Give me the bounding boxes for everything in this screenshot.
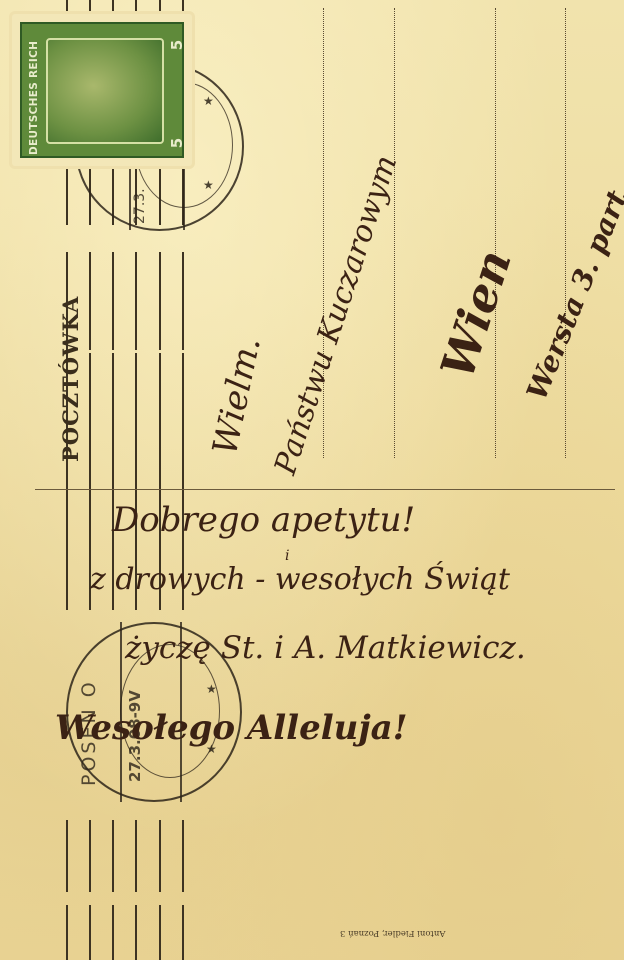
stamp-germania-illustration xyxy=(46,38,164,144)
address-guide-line xyxy=(565,8,566,458)
cancel-line xyxy=(112,353,114,445)
cancel-line xyxy=(159,353,161,445)
cancel-line xyxy=(182,820,184,892)
cancel-line xyxy=(89,353,91,445)
postcard: POCZTÓWKA ★ ★ 27.3. DEUTSCHES REICH 5 5 … xyxy=(0,0,624,960)
address-recipient: Państwu Kuczarowym xyxy=(268,151,404,479)
message-divider xyxy=(35,489,615,490)
stamp-country: DEUTSCHES REICH xyxy=(28,41,40,155)
cancel-line xyxy=(159,905,161,960)
message-line: Dobrego apetytu! xyxy=(112,500,415,540)
cancel-line xyxy=(112,820,114,892)
cancel-line xyxy=(135,820,137,892)
cancel-line xyxy=(66,905,68,960)
star-icon: ★ xyxy=(203,178,214,192)
address-guide-line xyxy=(495,8,496,458)
cancel-line xyxy=(89,440,91,520)
address-guide-line xyxy=(394,8,395,458)
cancel-line xyxy=(112,252,114,350)
cancel-line xyxy=(135,252,137,350)
star-icon: ★ xyxy=(206,682,217,696)
postcard-title: POCZTÓWKA xyxy=(58,296,83,462)
cancel-line xyxy=(159,820,161,892)
stamp-value: 5 xyxy=(168,138,186,148)
publisher-imprint: Antoni Fiedler, Poznań 3 xyxy=(340,928,446,938)
cancel-line xyxy=(159,252,161,350)
cancel-line xyxy=(112,905,114,960)
address-street: Wersta 3. part xyxy=(520,186,624,405)
postage-stamp: DEUTSCHES REICH 5 5 xyxy=(12,14,192,166)
cancel-line xyxy=(182,353,184,445)
cancel-line xyxy=(182,905,184,960)
address-city: Wien xyxy=(430,243,522,384)
message-line: z drowych - wesołych Świąt xyxy=(90,562,510,597)
cancel-line xyxy=(89,820,91,892)
cancel-line xyxy=(182,252,184,350)
cancel-line xyxy=(89,252,91,350)
cancel-line xyxy=(135,905,137,960)
stamp-value: 5 xyxy=(168,40,186,50)
cancel-line xyxy=(66,820,68,892)
star-icon: ★ xyxy=(203,94,214,108)
cancel-line xyxy=(89,905,91,960)
cancel-line xyxy=(66,520,68,610)
cancel-line xyxy=(135,353,137,445)
address-salutation: Wielm. xyxy=(205,333,269,458)
message-line: życzę St. i A. Matkiewicz. xyxy=(125,630,526,666)
postmark-date: 27.3. xyxy=(132,188,148,224)
message-line: Wesołego Alleluja! xyxy=(55,708,408,748)
